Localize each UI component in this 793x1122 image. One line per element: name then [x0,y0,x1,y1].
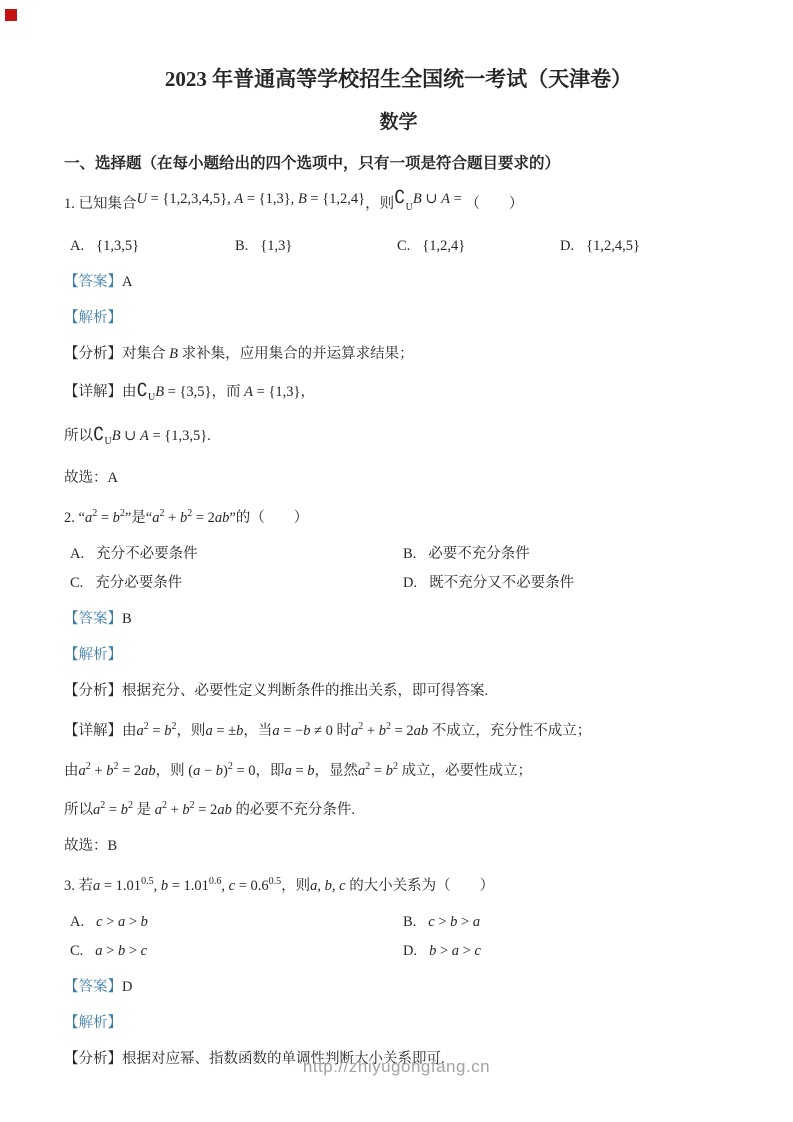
q1-detail-1: 【详解】由∁UB = {3,5}，而 A = {1,3}， [64,378,733,410]
text-run: = [370,762,385,778]
text-run: A [140,428,149,444]
text-run: b [141,914,148,930]
page-subtitle: 数学 [64,110,733,136]
text-run: 【详解】由 [64,723,137,739]
text-run: = 1.01 [100,878,141,894]
text-run: U [137,191,147,207]
text-run: > [103,914,118,930]
text-run: , [317,878,324,894]
text-run: , [221,878,228,894]
text-run: b [307,762,314,778]
q2-conclusion: 故选：B [64,834,733,858]
q3-answer: 【答案】D [64,975,733,999]
q2-option-c: C.充分必要条件 [70,571,403,595]
text-run: = {1,3}, [243,191,298,207]
text-run: = 2 [391,723,414,739]
text-run: = 0，即 [233,762,285,778]
text-run: ab [215,510,230,526]
option-label: C. [397,238,410,254]
text-run: A [122,274,132,290]
text-run: = 2 [118,762,141,778]
text-run: = 0.6 [235,878,269,894]
option-label: A. [70,914,84,930]
text-run: b [121,802,128,818]
option-label: B. [403,914,416,930]
q1-stem: 1. 已知集合U = {1,2,3,4,5}, A = {1,3}, B = {… [64,190,733,222]
text-run: = [450,191,465,207]
text-run: b [379,723,386,739]
text-run: b [216,762,223,778]
text-run: b [325,878,332,894]
text-run: 【分析】根据充分、必要性定义判断条件的推出关系，即可得答案. [64,683,488,699]
text-run: ∁ [394,187,405,207]
q1-detail-2: 所以∁UB ∪ A = {1,3,5}. [64,422,733,454]
text-run: a [95,943,102,959]
text-run: 【解析】 [64,1015,122,1031]
text-run: a [452,943,459,959]
q2-option-d: D.既不充分又不必要条件 [403,571,733,595]
text-run: ∪ [422,191,441,207]
footer-url: http://zhiyugongfang.cn [0,1056,793,1078]
text-run: a [473,914,480,930]
text-run: {1,2,4,5} [586,238,640,254]
option-label: D. [403,575,417,591]
text-run: 充分不必要条件 [96,546,198,562]
text-run: + [165,510,180,526]
red-corner-mark [5,9,17,21]
text-run: ，当 [243,723,272,739]
section-heading: 一、选择题（在每小题给出的四个选项中，只有一项是符合题目要求的） [64,153,733,174]
q2-detail-3: 所以a2 = b2 是 a2 + b2 = 2ab 的必要不充分条件. [64,794,733,822]
q1-answer: 【答案】A [64,270,733,294]
text-run: ”的（ ） [229,510,308,526]
text-run: = − [280,723,304,739]
text-run: ，显然 [315,762,359,778]
text-run: = {3,5} [164,384,211,400]
text-run: a [155,802,162,818]
text-run: ”是“ [125,510,152,526]
text-run: B [298,191,307,207]
option-label: C. [70,943,83,959]
q2-explain-label: 【解析】 [64,643,733,667]
text-run: a [285,762,292,778]
text-run: a [205,723,212,739]
exam-page: 2023 年普通高等学校招生全国统一考试（天津卷） 数学 一、选择题（在每小题给… [0,0,793,1122]
text-run: B [112,428,121,444]
option-label: B. [403,546,416,562]
text-run: 【答案】 [64,611,122,627]
text-run: U [104,436,111,447]
text-run: ∁ [137,380,148,400]
text-run: > [103,943,118,959]
text-run: 必要不充分条件 [428,546,530,562]
text-run: {1,2,4} [422,238,465,254]
text-run: U [406,202,413,213]
option-label: C. [70,575,83,591]
text-run: b [182,802,189,818]
text-run: a [137,723,144,739]
text-run: B [169,346,178,362]
text-run: 1. 已知集合 [64,196,137,212]
text-run: 【解析】 [64,310,122,326]
text-run: 0.5 [141,876,154,887]
text-run: 的大小关系为（ ） [346,878,495,894]
text-run: = [97,510,112,526]
text-run: > [436,943,451,959]
text-run: B [122,611,132,627]
text-run: D [122,979,132,995]
q2-detail-1: 【详解】由a2 = b2，则a = ±b，当a = −b ≠ 0 时a2 + b… [64,715,733,743]
text-run: + [363,723,378,739]
text-run: = 2 [195,802,218,818]
q2-analysis: 【分析】根据充分、必要性定义判断条件的推出关系，即可得答案. [64,679,733,703]
option-label: A. [70,546,84,562]
text-run: = [105,802,120,818]
text-run: + [91,762,106,778]
text-run: ， [301,384,316,400]
q1-explain-label: 【解析】 [64,306,733,330]
text-run: 【分析】对集合 [64,346,169,362]
text-run: 【解析】 [64,647,122,663]
text-run: ab [217,802,232,818]
q1-option-c: C.{1,2,4} [397,234,560,258]
text-run: 0.5 [269,876,282,887]
q2-detail-2: 由a2 + b2 = 2ab，则 (a − b)2 = 0，即a = b，显然a… [64,755,733,783]
q1-option-b: B.{1,3} [235,234,397,258]
text-run: > [125,914,140,930]
text-run: 所以 [64,802,93,818]
text-run: ab [414,723,429,739]
text-run: b [161,878,168,894]
text-run: b [386,762,393,778]
option-label: D. [403,943,417,959]
text-run: 充分必要条件 [95,575,182,591]
text-run: ，则 [365,196,394,212]
content-rows: 1. 已知集合U = {1,2,3,4,5}, A = {1,3}, B = {… [64,190,733,1071]
q2-option-b: B.必要不充分条件 [403,542,733,566]
q2-stem: 2. “a2 = b2”是“a2 + b2 = 2ab”的（ ） [64,502,733,530]
text-run: 求补集，应用集合的并运算求结果； [178,346,414,362]
text-run: 所以 [64,428,93,444]
text-run: 由 [64,762,79,778]
text-run: 【答案】 [64,979,122,995]
text-run: = 2 [192,510,215,526]
text-run: = {1,3} [253,384,300,400]
text-run: 【详解】由 [64,384,137,400]
text-run: ，则 [176,723,205,739]
text-run: a [152,510,159,526]
text-run: > [125,943,140,959]
text-run: 0.6 [209,876,222,887]
text-run: ∪ [121,428,140,444]
text-run: 【答案】 [64,274,122,290]
text-run: = [149,723,164,739]
text-run: ，而 [212,384,245,400]
text-run: b [113,510,120,526]
q3-option-d: D.b > a > c [403,939,733,963]
text-run: 的必要不充分条件. [232,802,355,818]
text-run: 3. 若 [64,878,93,894]
text-run: = ± [213,723,236,739]
text-run: c [474,943,480,959]
text-run: 既不充分又不必要条件 [429,575,574,591]
text-run: = 1.01 [168,878,209,894]
text-run: > [457,914,472,930]
text-run: ∁ [93,424,104,444]
text-run: ab [141,762,156,778]
text-run: a [79,762,86,778]
option-label: A. [70,238,84,254]
text-run: c [141,943,147,959]
q2-option-a: A.充分不必要条件 [70,542,403,566]
q1-analysis: 【分析】对集合 B 求补集，应用集合的并运算求结果； [64,342,733,366]
text-run: B [155,384,164,400]
q1-conclusion: 故选：A [64,466,733,490]
text-run: 是 [133,802,155,818]
q3-stem: 3. 若a = 1.010.5, b = 1.010.6, c = 0.60.5… [64,870,733,898]
text-run: 不成立，充分性不成立； [428,723,591,739]
text-run: ，则 ( [156,762,193,778]
text-run: 故选：B [64,838,117,854]
text-run: ≠ 0 时 [310,723,351,739]
q2-answer: 【答案】B [64,607,733,631]
text-run: + [167,802,182,818]
page-title: 2023 年普通高等学校招生全国统一考试（天津卷） [64,64,733,94]
text-run: A [441,191,450,207]
q3-option-c: C.a > b > c [70,939,403,963]
text-run: 2. “ [64,510,85,526]
text-run: , [154,878,161,894]
text-run: A [244,384,253,400]
text-run: = [292,762,307,778]
q3-option-b: B.c > b > a [403,910,733,934]
option-label: B. [235,238,248,254]
text-run: （ ） [465,196,523,212]
q1-option-a: A.{1,3,5} [70,234,235,258]
text-run: {1,3,5} [96,238,139,254]
text-run: ，则 [281,878,310,894]
q1-option-d: D.{1,2,4,5} [560,234,733,258]
text-run: a [272,723,279,739]
text-run: {1,3} [260,238,292,254]
q3-explain-label: 【解析】 [64,1011,733,1035]
option-label: D. [560,238,574,254]
text-run: 故选：A [64,470,118,486]
q3-option-a: A.c > a > b [70,910,403,934]
text-run: A [234,191,243,207]
text-run: > [435,914,450,930]
q1-options: A.{1,3,5}B.{1,3}C.{1,2,4}D.{1,2,4,5} [64,234,733,258]
text-run: B [413,191,422,207]
text-run: = {1,2,3,4,5}, [147,191,234,207]
text-run: = {1,2,4} [307,191,365,207]
text-run: = {1,3,5}. [149,428,211,444]
text-run: − [200,762,215,778]
text-run: 成立，必要性成立； [398,762,532,778]
text-run: > [459,943,474,959]
q2-options: A.充分不必要条件B.必要不充分条件C.充分必要条件D.既不充分又不必要条件 [64,542,733,595]
q3-options: A.c > a > bB.c > b > aC.a > b > cD.b > a… [64,910,733,963]
